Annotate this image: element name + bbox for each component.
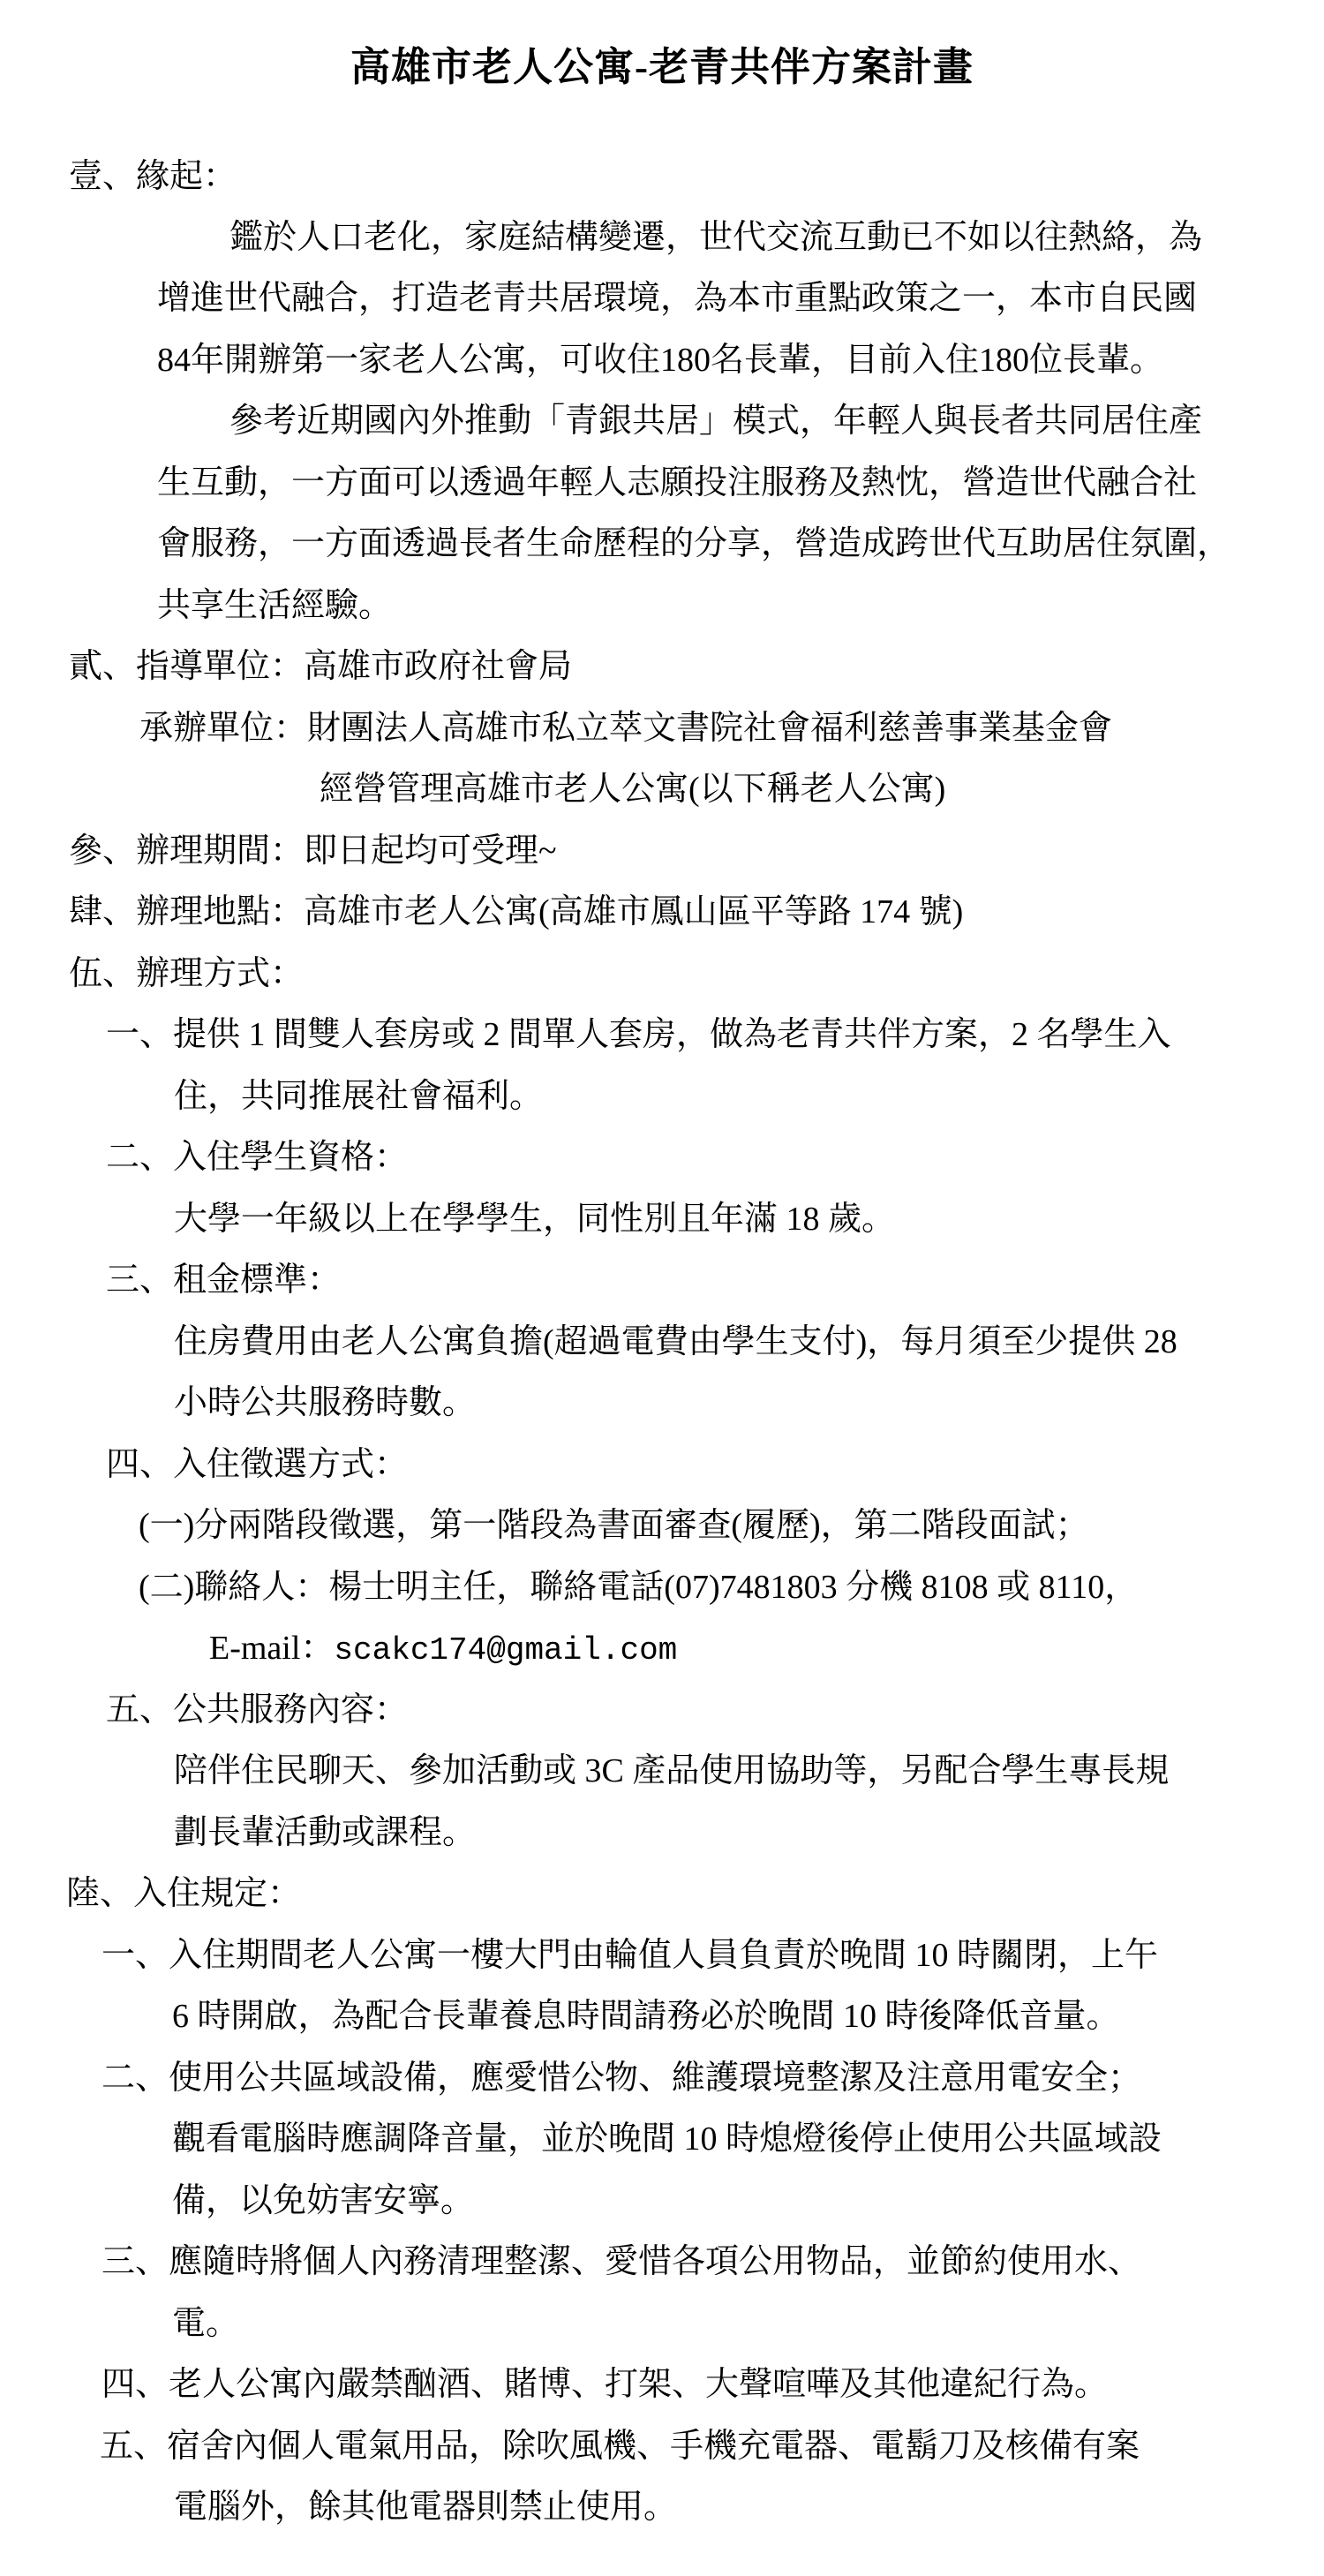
origin-paragraph-line: 84年開辦第一家老人公寓，可收住180名長輩，目前入住180位長輩。	[157, 341, 1163, 380]
method-item-3-text: 小時公共服務時數。	[174, 1383, 476, 1422]
origin-paragraph-line: 鑑於人口老化，家庭結構變遷，世代交流互動已不如以往熱絡，為	[229, 218, 1202, 257]
email-label: E-mail：	[209, 1630, 334, 1667]
email-link[interactable]: scakc174@gmail.com	[334, 1632, 677, 1668]
period: 參、辦理期間：即日起均可受理~	[69, 832, 557, 870]
guidance-unit: 貳、指導單位：高雄市政府社會局	[69, 647, 572, 686]
rule-4: 四、老人公寓內嚴禁酗酒、賭博、打架、大聲喧嘩及其他違紀行為。	[102, 2365, 1108, 2404]
location: 肆、辦理地點：高雄市老人公寓(高雄市鳳山區平等路 174 號)	[69, 893, 963, 931]
origin-paragraph-line: 參考近期國內外推動「青銀共居」模式，年輕人與長者共同居住產	[229, 402, 1202, 441]
rule-2-cont: 備，以免妨害安寧。	[172, 2181, 474, 2220]
rule-1: 一、入住期間老人公寓一樓大門由輪值人員負責於晚間 10 時關閉，上午	[102, 1936, 1158, 1975]
method-item-2-text: 大學一年級以上在學學生，同性別且年滿 18 歲。	[174, 1200, 895, 1239]
origin-paragraph-line: 會服務，一方面透過長者生命歷程的分享，營造成跨世代互助居住氛圍，	[157, 524, 1230, 563]
contact-email-line: E-mail：scakc174@gmail.com	[209, 1629, 677, 1668]
method-item-1: 一、提供 1 間雙人套房或 2 間單人套房，做為老青共伴方案，2 名學生入	[106, 1015, 1171, 1054]
method-item-1-cont: 住，共同推展社會福利。	[174, 1077, 543, 1116]
origin-paragraph-line: 增進世代融合，打造老青共居環境，為本市重點政策之一，本市自民國	[157, 279, 1197, 318]
contact-person: (二)聯絡人：楊士明主任，聯絡電話(07)7481803 分機 8108 或 8…	[139, 1568, 1138, 1607]
document-page: 高雄市老人公寓-老青共伴方案計畫 壹、緣起： 鑑於人口老化，家庭結構變遷，世代交…	[0, 0, 1324, 2576]
rule-1-cont: 6 時開啟，為配合長輩養息時間請務必於晚間 10 時後降低音量。	[172, 1997, 1120, 2036]
document-title: 高雄市老人公寓-老青共伴方案計畫	[0, 42, 1324, 92]
rule-3-cont: 電。	[172, 2304, 239, 2343]
method-item-5-text: 陪伴住民聊天、參加活動或 3C 產品使用協助等，另配合學生專長規	[174, 1751, 1169, 1790]
organizer-unit: 承辦單位：財團法人高雄市私立萃文書院社會福利慈善事業基金會	[139, 709, 1112, 748]
method-item-4-heading: 四、入住徵選方式：	[106, 1445, 408, 1484]
method-item-3-heading: 三、租金標準：	[106, 1261, 341, 1299]
rule-2-cont: 觀看電腦時應調降音量，並於晚間 10 時熄燈後停止使用公共區域設	[172, 2120, 1162, 2158]
rule-2: 二、使用公共區域設備，應愛惜公物、維護環境整潔及注意用電安全；	[102, 2059, 1141, 2098]
rule-5-cont: 電腦外，餘其他電器則禁止使用。	[174, 2488, 677, 2527]
method-item-5-heading: 五、公共服務內容：	[106, 1691, 408, 1729]
origin-paragraph-line: 生互動，一方面可以透過年輕人志願投注服務及熱忱，營造世代融合社	[157, 463, 1197, 502]
method-item-2-heading: 二、入住學生資格：	[106, 1138, 408, 1177]
rule-5: 五、宿舍內個人電氣用品，除吹風機、手機充電器、電鬍刀及核備有案	[100, 2427, 1140, 2466]
section-heading-origin: 壹、緣起：	[69, 157, 237, 196]
rule-3: 三、應隨時將個人內務清理整潔、愛惜各項公用物品，並節約使用水、	[102, 2242, 1141, 2281]
section-heading-rules: 陸、入住規定：	[66, 1874, 301, 1913]
method-item-5-text: 劃長輩活動或課程。	[174, 1813, 476, 1852]
selection-step-1: (一)分兩階段徵選，第一階段為書面審查(履歷)，第二階段面試；	[139, 1506, 1089, 1545]
origin-paragraph-line: 共享生活經驗。	[157, 586, 392, 625]
organizer-unit-cont: 經營管理高雄市老人公寓(以下稱老人公寓)	[320, 770, 945, 809]
section-heading-method: 伍、辦理方式：	[69, 954, 304, 993]
method-item-3-text: 住房費用由老人公寓負擔(超過電費由學生支付)，每月須至少提供 28	[174, 1322, 1177, 1361]
